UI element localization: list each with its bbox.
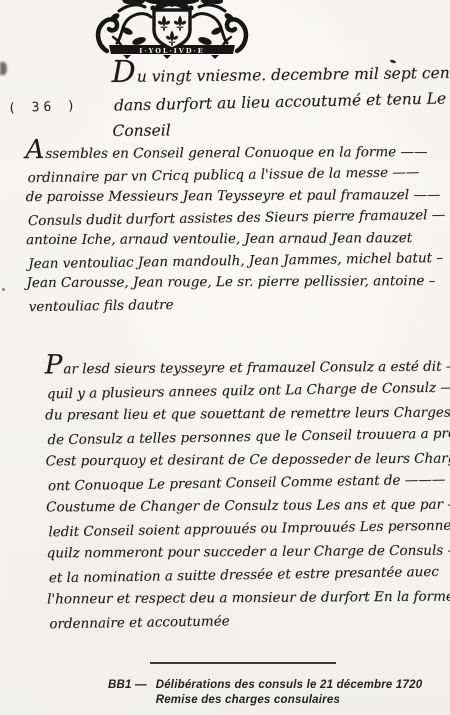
page-number: ( 36 ) xyxy=(8,99,79,116)
caption-text: Délibérations des consuls le 21 décembre… xyxy=(156,678,423,708)
heading-block: Du vingt vniesme. decembre mil sept cens… xyxy=(111,59,447,145)
archival-caption: BB1 — Délibérations des consuls le 21 dé… xyxy=(108,678,428,708)
manuscript-line: ventouliac fils dautre xyxy=(29,290,450,318)
archive-reference: BB1 — xyxy=(108,678,147,708)
manuscript-line: ordennaire et accoutumée xyxy=(49,607,450,637)
heading-line: Conseil xyxy=(112,114,447,145)
coat-of-arms-woodcut: I·YOL·IVD·E xyxy=(93,0,251,61)
ink-speck xyxy=(2,288,5,291)
caption-line-2: Remise des charges consulaires xyxy=(156,693,423,708)
paragraph-deliberation: Par lesd sieurs teysseyre et framauzel C… xyxy=(45,355,450,635)
manuscript-scan-page: I·YOL·IVD·E ( 36 ) Du vingt vniesme. dec… xyxy=(0,0,450,715)
scan-edge-smudge xyxy=(0,62,7,75)
crest-banner-text: I·YOL·IVD·E xyxy=(139,47,204,55)
caption-line-1: Délibérations des consuls le 21 décembre… xyxy=(156,678,423,693)
caption-divider xyxy=(150,662,336,664)
paragraph-assembly: Assembles en Conseil general Conuoque en… xyxy=(25,141,448,317)
royal-arms-icon: I·YOL·IVD·E xyxy=(93,0,251,61)
